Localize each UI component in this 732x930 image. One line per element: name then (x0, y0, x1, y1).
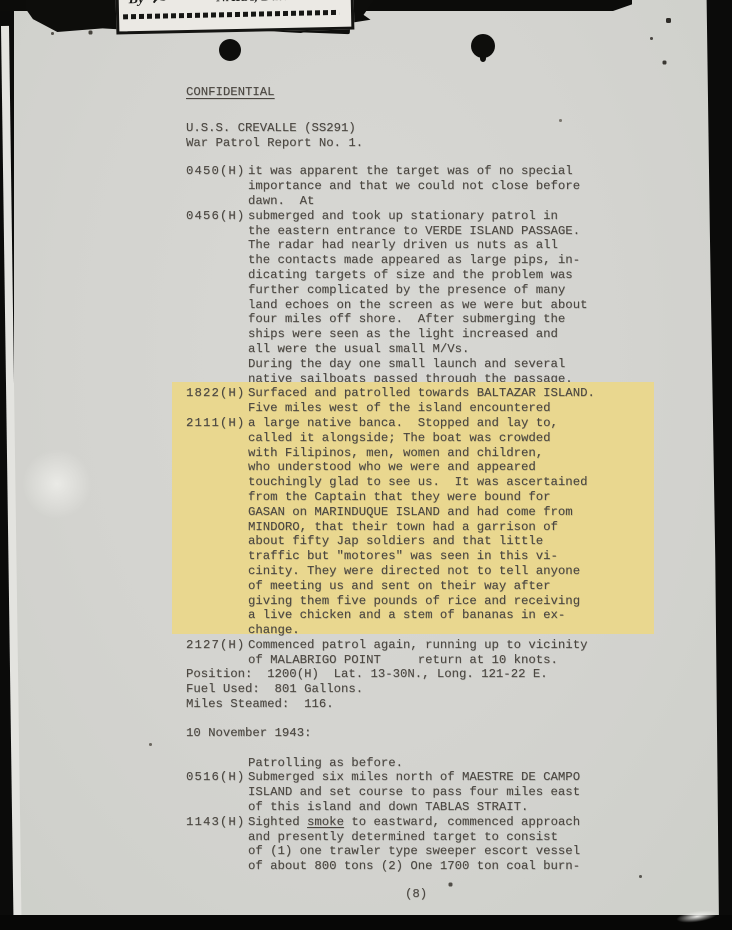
entry-time-label: 0516(H) (186, 770, 248, 814)
entry-text: Sighted smoke to eastward, commenced app… (248, 815, 580, 874)
entry-time-label: 0450(H) (186, 164, 248, 208)
declassification-stamp: By NARA, Date (116, 0, 355, 34)
log-entry-0450: 0450(H) it was apparent the target was o… (186, 164, 732, 208)
hole-punch-dot (219, 39, 241, 61)
log-entry-2111: 2111(H) a large native banca. Stopped an… (186, 416, 732, 638)
entry-time-label: 0456(H) (186, 209, 248, 387)
daily-stats: Position: 1200(H) Lat. 13-30N., Long. 12… (186, 667, 732, 711)
log-entry-1822: 1822(H) Surfaced and patrolled towards B… (186, 386, 732, 416)
entry-first-line: Sighted smoke to eastward, commenced app… (248, 815, 580, 830)
entry-time-label: 2127(H) (186, 638, 248, 668)
stamp-hatch-border (123, 10, 339, 20)
classification-label: CONFIDENTIAL (186, 85, 275, 100)
entry-text: it was apparent the target was of no spe… (248, 164, 580, 208)
underlined-word: smoke (307, 815, 344, 829)
text-fragment: to eastward, commenced approach (344, 815, 580, 829)
hole-punch-dot (471, 34, 495, 58)
patrolling-note: Patrolling as before. (248, 756, 732, 771)
date-heading: 10 November 1943: (186, 726, 732, 741)
log-entry-1143: 1143(H) Sighted smoke to eastward, comme… (186, 815, 732, 874)
entry-text: Commenced patrol again, running up to vi… (248, 638, 587, 668)
scanned-document-page: By NARA, Date CONFIDENTIAL U.S.S. CREVAL… (0, 0, 732, 930)
handwritten-initials-icon (151, 0, 209, 6)
typewritten-report: CONFIDENTIAL U.S.S. CREVALLE (SS291) War… (186, 85, 732, 902)
entry-text: Surfaced and patrolled towards BALTAZAR … (248, 386, 595, 416)
highlighted-section: 1822(H) Surfaced and patrolled towards B… (186, 386, 732, 638)
log-entry-2127: 2127(H) Commenced patrol again, running … (186, 638, 732, 668)
entry-text: Submerged six miles north of MAESTRE DE … (248, 770, 580, 814)
log-entry-0456: 0456(H) submerged and took up stationary… (186, 209, 732, 387)
report-title: U.S.S. CREVALLE (SS291) War Patrol Repor… (186, 121, 732, 151)
stamp-by-label: By (129, 0, 145, 7)
stamp-text-line: By NARA, Date (129, 0, 351, 7)
entry-text: a large native banca. Stopped and lay to… (248, 416, 587, 638)
entry-rest-lines: and presently determined target to consi… (248, 830, 580, 874)
classification-line: CONFIDENTIAL (186, 85, 732, 100)
log-entries-day1: 0450(H) it was apparent the target was o… (186, 164, 732, 901)
paper-smudge (20, 446, 94, 522)
entry-time-label: 1143(H) (186, 815, 248, 874)
page-number: (8) (186, 887, 732, 902)
entry-text: submerged and took up stationary patrol … (248, 209, 587, 387)
handwritten-date-icon (295, 0, 329, 3)
entry-time-label: 1822(H) (186, 386, 248, 416)
entry-time-label: 2111(H) (186, 416, 248, 638)
scan-bottom-border (0, 915, 732, 930)
stamp-nara-label: NARA, Date (216, 0, 289, 5)
scan-specks (0, 0, 1, 1)
text-fragment: Sighted (248, 815, 307, 829)
log-entry-0516: 0516(H) Submerged six miles north of MAE… (186, 770, 732, 814)
